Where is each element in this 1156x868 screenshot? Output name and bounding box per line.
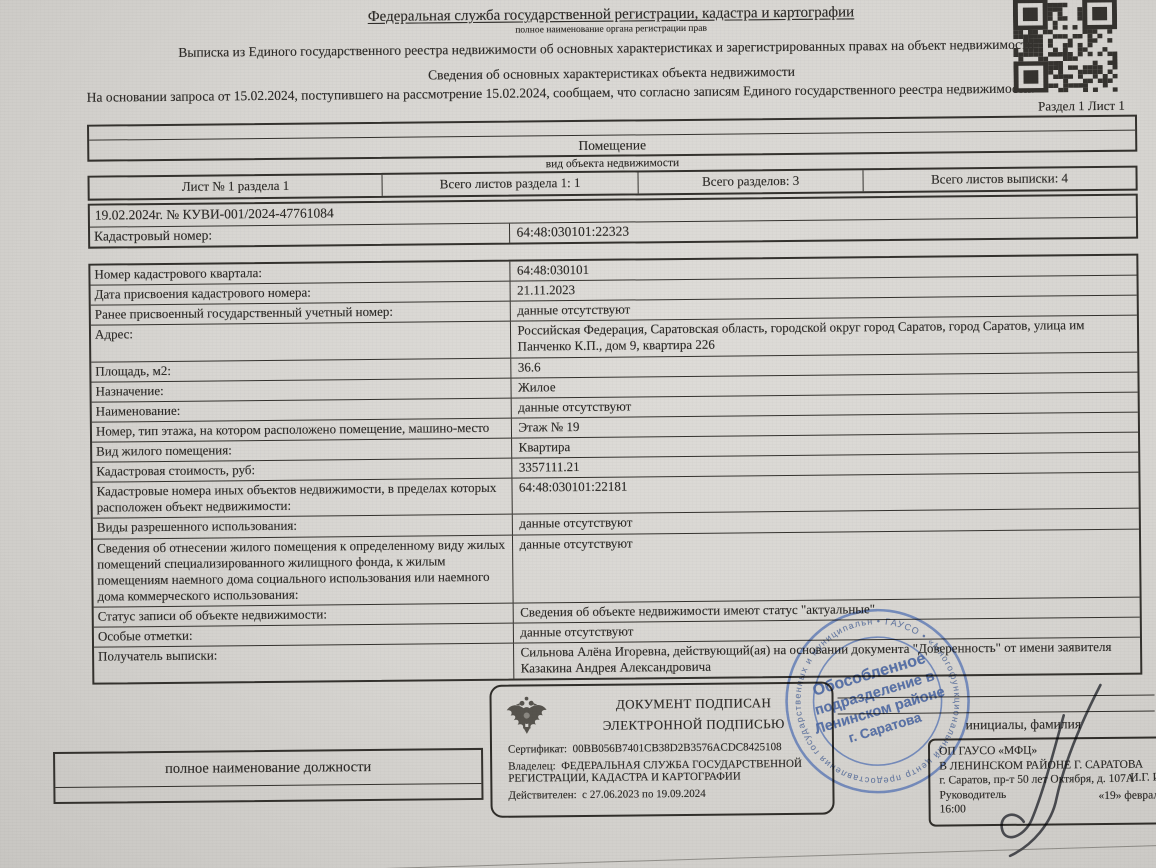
sheet-info-cell: Всего разделов: 3 (639, 170, 864, 193)
row-label: Статус записи об объекте недвижимости: (94, 604, 515, 627)
row-value: данные отсутствуют (513, 529, 1139, 602)
row-label: Дата присвоения кадастрового номера: (91, 282, 512, 305)
round-blue-stamp: • ГАУСО • «Многофункциональный центр пре… (774, 595, 982, 805)
row-label: Кадастровый номер: (90, 224, 511, 247)
row-label: Кадастровые номера иных объектов недвижи… (92, 479, 513, 518)
row-label: Номер кадастрового квартала: (90, 262, 511, 285)
document-title: Выписка из Единого государственного реес… (86, 36, 1136, 62)
row-label: Получатель выписки: (94, 644, 515, 683)
row-value: 64:48:030101:22181 (513, 473, 1139, 514)
document-photo: Федеральная служба государственной регис… (0, 0, 1156, 868)
row-label: Кадастровая стоимость, руб: (92, 459, 513, 482)
row-label: Наименование: (92, 398, 513, 421)
valid-label: Действителен: (508, 789, 576, 802)
row-label: Адрес: (91, 322, 512, 361)
handwritten-signature (960, 632, 1156, 864)
cert-label: Сертификат: (508, 743, 567, 756)
qr-code (1013, 0, 1118, 93)
details-table: Номер кадастрового квартала: 64:48:03010… (88, 254, 1142, 685)
position-caption: полное наименование должности (55, 750, 481, 788)
row-label: Вид жилого помещения: (92, 439, 513, 462)
position-signature-box: полное наименование должности (53, 748, 483, 804)
table-row: Сведения об отнесении жилого помещения к… (93, 528, 1140, 606)
owner-label: Владелец: (508, 760, 556, 772)
sheet-info-cell: Всего листов выписки: 4 (863, 168, 1135, 192)
row-label: Площадь, м2: (91, 358, 512, 381)
row-label: Виды разрешенного использования: (93, 515, 514, 538)
eagle-emblem-icon (503, 693, 549, 737)
row-label: Сведения об отнесении жилого помещения к… (93, 535, 514, 606)
sheet-info-cell: Всего листов раздела 1: 1 (382, 172, 638, 195)
valid-value: с 27.06.2023 по 19.09.2024 (582, 788, 706, 801)
document-sheet: Федеральная служба государственной регис… (0, 0, 1156, 868)
sheet-info-cell: Лист № 1 раздела 1 (90, 175, 383, 199)
row-label: Назначение: (91, 378, 512, 401)
cert-value: 00BB056B7401CB38D2B3576ACDC8425108 (573, 741, 782, 755)
row-label: Ранее присвоенный государственный учетны… (91, 302, 512, 325)
row-label: Особые отметки: (94, 624, 515, 647)
row-label: Номер, тип этажа, на котором расположено… (92, 419, 513, 442)
row-value: Российская Федерация, Саратовская област… (511, 316, 1137, 357)
